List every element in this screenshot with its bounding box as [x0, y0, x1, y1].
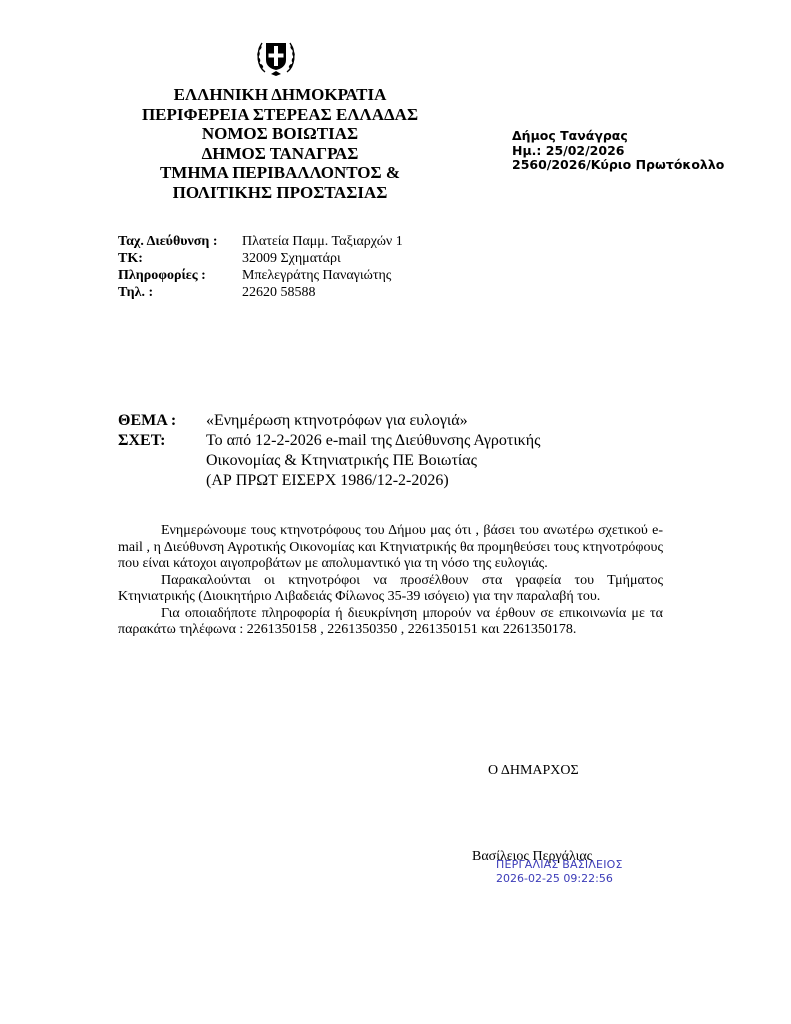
- letter-body: Ενημερώνουμε τους κτηνοτρόφους του Δήμου…: [118, 523, 663, 639]
- subject-row: ΘΕΜΑ : «Ενημέρωση κτηνοτρόφων για ευλογι…: [118, 411, 540, 431]
- reference-line: Οικονομίας & Κτηνιατρικής ΠΕ Βοιωτίας: [118, 451, 540, 471]
- contact-label: Πληροφορίες :: [118, 267, 242, 284]
- contact-row-phone: Τηλ. : 22620 58588: [118, 284, 403, 301]
- subject-label: ΘΕΜΑ :: [118, 411, 206, 431]
- signatory-title: Ο ΔΗΜΑΡΧΟΣ: [488, 763, 579, 779]
- greek-coat-of-arms-icon: [253, 34, 299, 80]
- body-paragraph: Παρακαλούνται οι κτηνοτρόφοι να προσέλθο…: [118, 573, 663, 606]
- protocol-stamp: Δήμος Τανάγρας Ημ.: 25/02/2026 2560/2026…: [512, 129, 724, 173]
- header-line: ΠΕΡΙΦΕΡΕΙΑ ΣΤΕΡΕΑΣ ΕΛΛΑΔΑΣ: [120, 105, 440, 125]
- contact-row-info: Πληροφορίες : Μπελεγράτης Παναγιώτης: [118, 267, 403, 284]
- contact-row-address: Ταχ. Διεύθυνση : Πλατεία Παμμ. Ταξιαρχών…: [118, 233, 403, 250]
- header-line: ΠΟΛΙΤΙΚΗΣ ΠΡΟΣΤΑΣΙΑΣ: [120, 183, 440, 203]
- contact-row-postcode: ΤΚ: 32009 Σχηματάρι: [118, 250, 403, 267]
- contact-value: 22620 58588: [242, 284, 316, 301]
- digital-signer: ΠΕΡΓΑΛΙΑΣ ΒΑΣΙΛΕΙΟΣ: [496, 858, 623, 872]
- reference-row: ΣΧΕΤ: Το από 12-2-2026 e-mail της Διεύθυ…: [118, 431, 540, 451]
- stamp-municipality: Δήμος Τανάγρας: [512, 129, 724, 144]
- contact-label: Ταχ. Διεύθυνση :: [118, 233, 242, 250]
- contact-label: ΤΚ:: [118, 250, 242, 267]
- header-line: ΕΛΛΗΝΙΚΗ ΔΗΜΟΚΡΑΤΙΑ: [120, 85, 440, 105]
- header-line: ΤΜΗΜΑ ΠΕΡΙΒΑΛΛΟΝΤΟΣ &: [120, 163, 440, 183]
- body-paragraph: Για οποιαδήποτε πληροφορία ή διευκρίνηση…: [118, 606, 663, 639]
- stamp-date: Ημ.: 25/02/2026: [512, 144, 724, 159]
- subject-value: «Ενημέρωση κτηνοτρόφων για ευλογιά»: [206, 411, 468, 431]
- subject-block: ΘΕΜΑ : «Ενημέρωση κτηνοτρόφων για ευλογι…: [118, 411, 540, 491]
- reference-line: Το από 12-2-2026 e-mail της Διεύθυνσης Α…: [206, 431, 540, 451]
- reference-label: ΣΧΕΤ:: [118, 431, 206, 451]
- body-paragraph: Ενημερώνουμε τους κτηνοτρόφους του Δήμου…: [118, 523, 663, 573]
- digital-timestamp: 2026-02-25 09:22:56: [496, 872, 623, 886]
- reference-line: (ΑΡ ΠΡΩΤ ΕΙΣΕΡΧ 1986/12-2-2026): [118, 471, 540, 491]
- contact-value: 32009 Σχηματάρι: [242, 250, 341, 267]
- contact-label: Τηλ. :: [118, 284, 242, 301]
- contact-value: Πλατεία Παμμ. Ταξιαρχών 1: [242, 233, 403, 250]
- digital-signature: ΠΕΡΓΑΛΙΑΣ ΒΑΣΙΛΕΙΟΣ 2026-02-25 09:22:56: [496, 858, 623, 886]
- contact-value: Μπελεγράτης Παναγιώτης: [242, 267, 391, 284]
- header-line: ΝΟΜΟΣ ΒΟΙΩΤΙΑΣ: [120, 124, 440, 144]
- contact-details: Ταχ. Διεύθυνση : Πλατεία Παμμ. Ταξιαρχών…: [118, 233, 403, 301]
- issuer-header: ΕΛΛΗΝΙΚΗ ΔΗΜΟΚΡΑΤΙΑ ΠΕΡΙΦΕΡΕΙΑ ΣΤΕΡΕΑΣ Ε…: [120, 85, 440, 202]
- stamp-protocol-number: 2560/2026/Κύριο Πρωτόκολλο: [512, 158, 724, 173]
- header-line: ΔΗΜΟΣ ΤΑΝΑΓΡΑΣ: [120, 144, 440, 164]
